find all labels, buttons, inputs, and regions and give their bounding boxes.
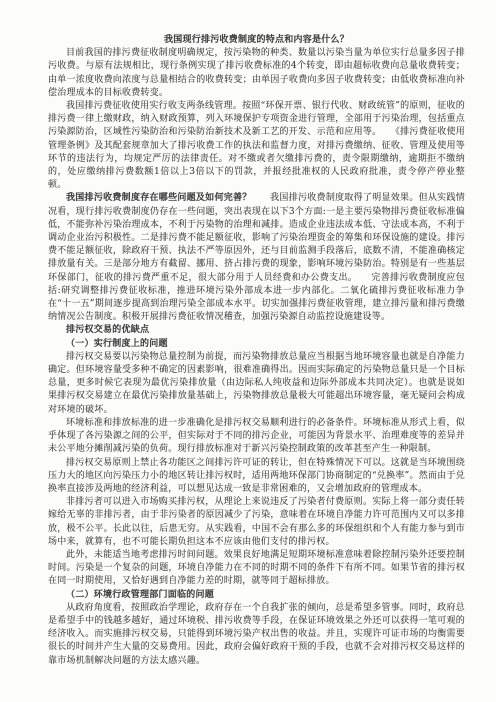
paragraph: 从政府角度看，按照政治学理论，政府存在一个自我扩张的倾向，总是希望多管事。同时，…	[48, 602, 465, 668]
paragraph: 排污权交易要以污染物总量控制为前提，而污染物排放总量应当根据当地环境容量也就是自…	[48, 351, 465, 417]
paragraph: 我国排污收费制度存在哪些问题及如何完善？ 我国排污收费制度取得了明显效果。但从实…	[48, 192, 465, 324]
paragraph: 环境标准和排放标准的进一步准确化是排污权交易顺利进行的必备条件。环境标准从形式上…	[48, 417, 465, 457]
document-subheading: （一）实行制度上的问题	[48, 338, 465, 351]
document-title: 我国现行排污收费制度的特点和内容是什么？	[48, 34, 465, 47]
document-page: 我国现行排污收费制度的特点和内容是什么？目前我国的排污费征收制度明确规定，按污染…	[0, 0, 496, 702]
document-subheading: （二）环境行政管理部门面临的问题	[48, 589, 465, 602]
document-body: 我国现行排污收费制度的特点和内容是什么？目前我国的排污费征收制度明确规定，按污染…	[48, 34, 465, 668]
paragraph: 非排污者可以进入市场购买排污权，从理论上来说违反了污染者付费原则。实际上将一部分…	[48, 496, 465, 549]
paragraph: 我国排污费征收使用实行收支两条线管理。按照“环保开票、银行代收、财政统管”的原则…	[48, 100, 465, 192]
paragraph: 排污权交易原则上禁止各功能区之间排污许可证的转让，但在特殊情况下可以。这就是当环…	[48, 457, 465, 497]
question-lead: 我国排污收费制度存在哪些问题及如何完善？	[66, 193, 252, 203]
document-heading: 排污权交易的优缺点	[48, 324, 465, 337]
paragraph: 目前我国的排污费征收制度明确规定，按污染物的种类、数量以污染当量为单位实行总量多…	[48, 47, 465, 100]
paragraph: 此外，未能适当地考虑排污时间问题。效果良好地满足短期环境标准意味着除控制污染外还…	[48, 549, 465, 589]
